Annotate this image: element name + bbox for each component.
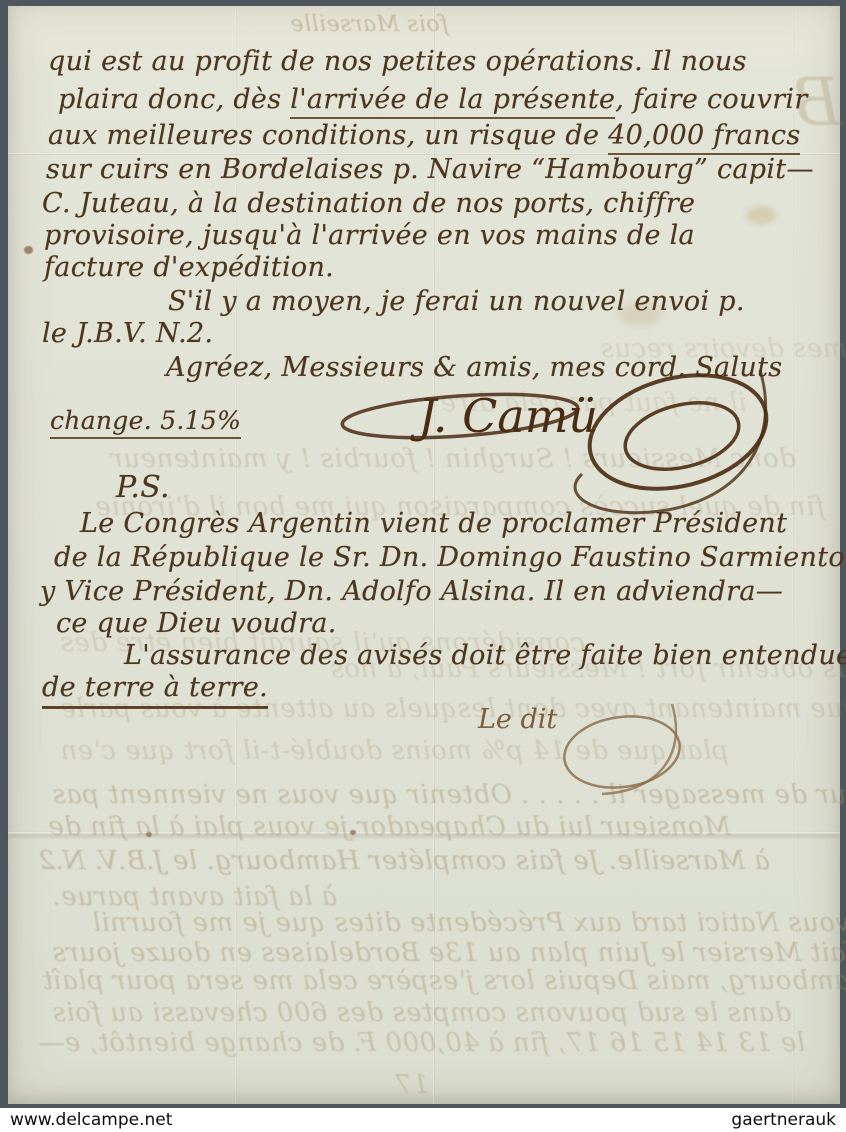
letter-text-segment: , faire couvrir <box>615 84 807 115</box>
letter-line: de terre à terre. <box>42 672 268 703</box>
letter-text-segment: C. Juteau, à la destination de nos ports… <box>42 188 695 219</box>
ink-spot <box>24 246 33 254</box>
letter-line: de la République le Sr. Dn. Domingo Faus… <box>54 542 845 573</box>
letter-line: provisoire, jusqu'à l'arrivée en vos mai… <box>44 220 695 251</box>
letter-text-segment: sur cuirs en Bordelaises p. Navire “Hamb… <box>46 154 814 185</box>
bleedthrough-line: le 13 14 15 16 17, fin à 40,000 F. de ch… <box>38 1028 805 1058</box>
letter-line: aux meilleures conditions, un risque de … <box>48 120 800 151</box>
letter-text-segment: ce que Dieu voudra. <box>56 608 337 639</box>
letter-line: S'il y a moyen, je ferai un nouvel envoi… <box>168 286 745 317</box>
letter-text-segment: S'il y a moyen, je ferai un nouvel envoi… <box>168 286 745 317</box>
letter-line: facture d'expédition. <box>44 252 334 283</box>
main-signature-text: J. Camü <box>410 389 598 443</box>
letter-line: change. 5.15% <box>50 406 241 435</box>
letter-line: le J.B.V. N.2. <box>42 318 213 349</box>
letter-line: sur cuirs en Bordelaises p. Navire “Hamb… <box>46 154 814 185</box>
bleedthrough-line: Hambourg, mais Depuis lors j'espère cela… <box>42 966 846 996</box>
ps-signature-flourish: Le dit <box>470 688 710 808</box>
letter-text-segment: le J.B.V. N.2. <box>42 318 213 349</box>
bleedthrough-line: Je vous Natici tard aux Précédente dites… <box>92 908 846 938</box>
letter-text-segment: de terre à terre. <box>42 672 268 709</box>
bleedthrough-line: pour de messager il . . . . . Obtenir qu… <box>52 780 846 810</box>
letter-text-segment: provisoire, jusqu'à l'arrivée en vos mai… <box>44 220 695 251</box>
bleedthrough-line: 17 <box>395 1070 429 1100</box>
bleedthrough-line: à Marseille. Je fais compléter Hambourg.… <box>38 846 770 876</box>
letter-line: C. Juteau, à la destination de nos ports… <box>42 188 695 219</box>
letter-text-segment: de la République le Sr. Dn. Domingo Faus… <box>54 542 845 573</box>
bleedthrough-line: Monsieur lui du Chapeador je vous plai à… <box>48 812 731 842</box>
letter-line: y Vice Président, Dn. Adolfo Alsina. Il … <box>40 576 783 607</box>
letter-line: ce que Dieu voudra. <box>56 608 337 639</box>
letter-line: plaira donc, dès l'arrivée de la présent… <box>58 84 808 115</box>
bleedthrough-line: fois Marseille <box>290 12 448 37</box>
watermark-left-label: www.delcampe.net <box>10 1110 172 1130</box>
letter-text-segment: aux meilleures conditions, un risque de <box>48 120 608 151</box>
foxing-stain <box>746 206 776 224</box>
letter-line: qui est au profit de nos petites opérati… <box>48 46 747 77</box>
watermark-right-label: gaertnerauk <box>731 1110 836 1130</box>
letter-text-segment: facture d'expédition. <box>44 252 334 283</box>
letter-text-segment: plaira donc, dès <box>58 84 290 115</box>
bleedthrough-line: dans le sud pouvons comptes des 600 chev… <box>52 998 791 1028</box>
letter-text-segment: l'arrivée de la présente <box>290 84 615 119</box>
watermark-strip: www.delcampe.net gaertnerauk <box>0 1108 846 1132</box>
ps-signature-text: Le dit <box>477 704 557 735</box>
main-signature-flourish: J. Camü <box>330 352 800 532</box>
scanned-letter-page: fois MarseilleBmes devoirs reçusil ne fa… <box>0 0 846 1132</box>
letter-text-segment: qui est au profit de nos petites opérati… <box>48 46 747 77</box>
letter-line: L'assurance des avisés doit être faite b… <box>124 640 846 671</box>
letter-text-segment: change. 5.15% <box>50 406 241 439</box>
letter-text-segment: L'assurance des avisés doit être faite b… <box>124 640 846 671</box>
letter-line: P.S. <box>116 470 170 505</box>
bleedthrough-line: fait Mersier le Juin plan au 13e Bordela… <box>52 938 846 968</box>
letter-text-segment: 40,000 francs <box>608 120 800 155</box>
letter-text-segment: y Vice Président, Dn. Adolfo Alsina. Il … <box>40 576 783 607</box>
letter-text-segment: P.S. <box>116 470 170 505</box>
